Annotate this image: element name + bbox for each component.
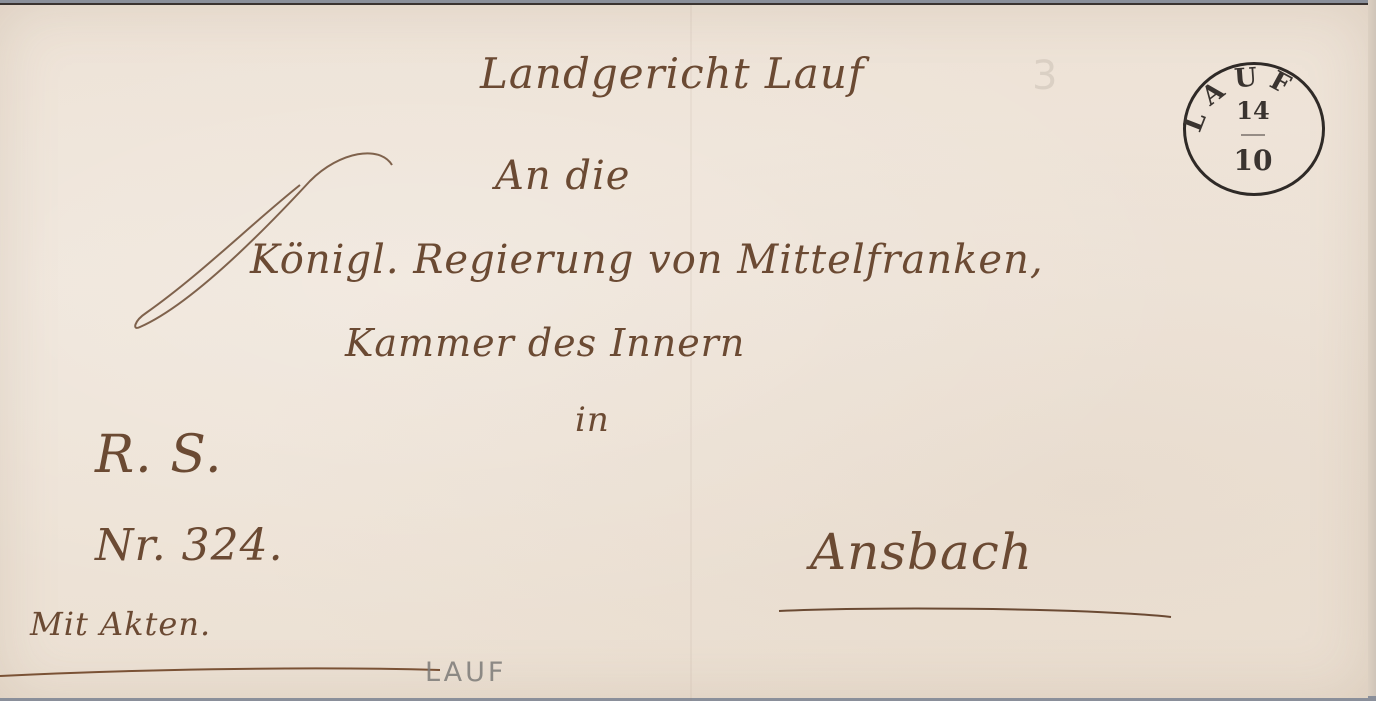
registration-number: Nr. 324. [95,520,284,571]
postmark-divider [1241,134,1265,136]
connector-word: in [575,400,610,440]
paper-edge [1368,0,1376,696]
postmark-day: 14 [1231,96,1275,125]
faint-pencil-mark: 3 [1032,53,1072,103]
registration-mark: R. S. [95,425,223,485]
destination-underline [775,603,1175,623]
postmark-month: 10 [1231,144,1275,177]
addressee-line-2: Kammer des Innern [345,321,745,365]
destination-city: Ansbach [810,523,1033,581]
enclosure-note: Mit Akten. [30,605,211,643]
addressee-line-1: Königl. Regierung von Mittelfranken, [250,237,1044,283]
bottom-rule-line [0,660,440,684]
postmark: LAUF 14 10 [1183,62,1331,196]
pencil-annotation: LAUF [425,657,506,688]
salutation-line: An die [495,153,630,199]
sender-line: Landgericht Lauf [480,49,864,98]
letter-cover: 3 Landgericht Lauf LAUF 14 10 An die Kön… [0,3,1368,696]
